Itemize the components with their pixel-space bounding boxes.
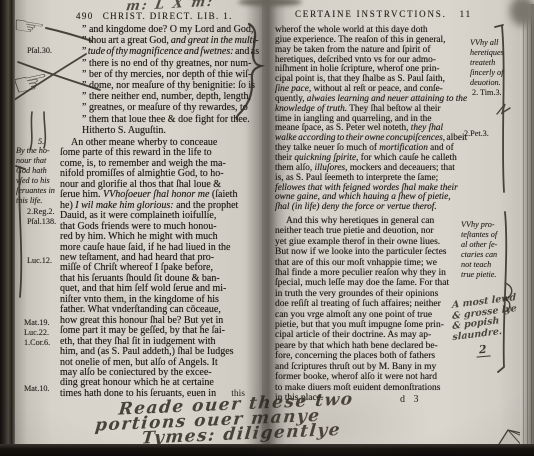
text-line: cipal article of their doctrine. As may …	[275, 330, 459, 340]
handwritten-note-bottom: Reade ouer these twoportions ouer manyeT…	[93, 392, 354, 448]
page-edges-right	[520, 4, 534, 444]
text-line: But now if we looke into the particuler …	[275, 247, 459, 257]
text-line: ” dome, nor meaſure of thy benignitie: ſ…	[82, 80, 259, 91]
text-line: that are of this our moſt vnhappie time;…	[275, 258, 459, 268]
text-line: in truth the very groundes of their opin…	[275, 289, 459, 299]
right-body-first-paragraph: wherof the whole world at this daye doth…	[275, 26, 467, 213]
text-line: And this why heretiques in general can	[275, 216, 459, 226]
text-line: yet giue example therof in their owne li…	[275, 237, 459, 247]
handwritten-note-side: A most lewd& grosse lye& popishslaundre.	[452, 293, 517, 343]
text-line: ſhal finde a more peculier reaſon why th…	[275, 268, 459, 278]
right-page-number: 11	[460, 9, 472, 19]
text-line: pietie, but that you muſt impugne ſome p…	[275, 320, 459, 330]
text-line: ” greatnes, or meaſure of thy rewardes, …	[82, 102, 259, 113]
text-line: ” thou art a great God, and great in the…	[82, 35, 259, 46]
text-line: ” tude of thy magnificence and ſwetnes: …	[82, 46, 259, 57]
right-page: CERTAINE INSTRVCTIONS. 11 wherof the who…	[262, 0, 520, 444]
text-line: Hitherto S. Auguſtin.	[82, 125, 259, 136]
left-running-title: CHRIST. DIRECT. LIB. 1.	[103, 11, 233, 21]
book-binding-edge	[0, 0, 15, 456]
text-line: ” there neither end, number, depth, leng…	[82, 91, 259, 102]
manicule-icon: ☞	[10, 12, 47, 42]
text-line: can you vrge almoſt any one point of tru…	[275, 310, 459, 320]
text-line: ” and kingdome doe? O my Lord and God,	[82, 24, 259, 35]
text-line: peare by that which hath bene declared b…	[275, 341, 459, 351]
book-scan: 490 CHRIST. DIRECT. LIB. 1. ” and kingdo…	[0, 0, 534, 456]
left-page-number: 490	[76, 11, 94, 21]
text-line: ” ber of thy mercies, nor depth of thie …	[82, 69, 259, 80]
left-body-second-paragraph: An other meane wherby to conceaueſome pa…	[60, 138, 250, 399]
text-line: ” them that loue thee & doe fight for th…	[82, 114, 259, 125]
right-running-title: CERTAINE INSTRVCTIONS.	[295, 9, 447, 19]
signature-mark: d 3	[400, 394, 422, 405]
text-line: ſpecial, much leſſe may doe the ſame. Fo…	[275, 278, 459, 288]
scan-smudge	[510, 0, 534, 26]
text-line: fore, concerning the places both of fath…	[275, 351, 459, 361]
book-bottom-edge	[0, 444, 534, 456]
left-body-first-paragraph: ” and kingdome doe? O my Lord and God,” …	[82, 24, 259, 136]
right-body-second-paragraph: And this why heretiques in general canne…	[275, 216, 459, 403]
left-page: 490 CHRIST. DIRECT. LIB. 1. ” and kingdo…	[15, 0, 262, 444]
text-line: ſhal (in life) deny the force or vertue …	[275, 203, 467, 213]
text-line: neither teach true pietie and deuotion, …	[275, 226, 459, 236]
text-line: doe reſiſt al treating of ſuch affaires;…	[275, 299, 459, 309]
text-line: ” there is no end of thy greatnes, nor n…	[82, 58, 259, 69]
text-line: former booke, wherof alſo it were not ha…	[275, 372, 459, 382]
text-line: and ſcriptures thruſt out by M. Bany in …	[275, 362, 459, 372]
right-page-header: CERTAINE INSTRVCTIONS. 11	[295, 9, 472, 19]
handwritten-number: 2	[475, 342, 490, 357]
